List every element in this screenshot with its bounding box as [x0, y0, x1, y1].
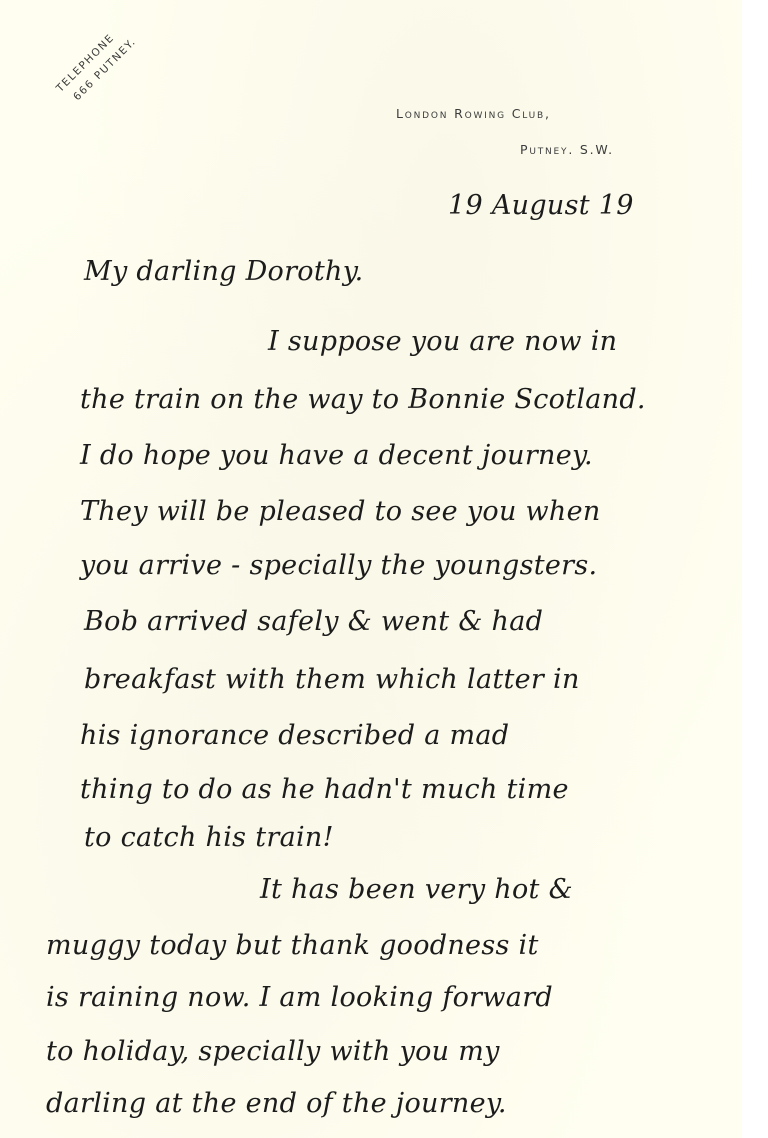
salutation: My darling Dorothy. [84, 256, 364, 287]
letter-line-6: Bob arrived safely & went & had [84, 606, 543, 637]
letter-date: 19 August 19 [448, 190, 634, 221]
scan-margin [742, 0, 768, 1138]
telephone-stamp: TELEPHONE 666 PUTNEY. [52, 21, 141, 110]
letter-line-1: I suppose you are now in [268, 326, 617, 357]
letter-line-10: to catch his train! [84, 822, 334, 853]
letter-line-11: It has been very hot & [260, 874, 573, 905]
letter-line-8: his ignorance described a mad [80, 720, 509, 751]
letter-line-2: the train on the way to Bonnie Scotland. [80, 384, 646, 415]
letter-line-4: They will be pleased to see you when [80, 496, 601, 527]
letter-line-3: I do hope you have a decent journey. [80, 440, 593, 471]
letter-line-13: is raining now. I am looking forward [46, 982, 553, 1013]
letter-line-5: you arrive - specially the youngsters. [80, 550, 597, 581]
letter-line-14: to holiday, specially with you my [46, 1036, 500, 1067]
club-name: London Rowing Club, [396, 106, 551, 121]
letter-sheet: TELEPHONE 666 PUTNEY. London Rowing Club… [0, 0, 742, 1138]
letter-line-12: muggy today but thank goodness it [46, 930, 539, 961]
club-location: Putney. S.W. [520, 142, 614, 157]
letter-line-15: darling at the end of the journey. [46, 1088, 507, 1119]
letter-line-7: breakfast with them which latter in [84, 664, 580, 695]
letter-line-9: thing to do as he hadn't much time [80, 774, 569, 805]
